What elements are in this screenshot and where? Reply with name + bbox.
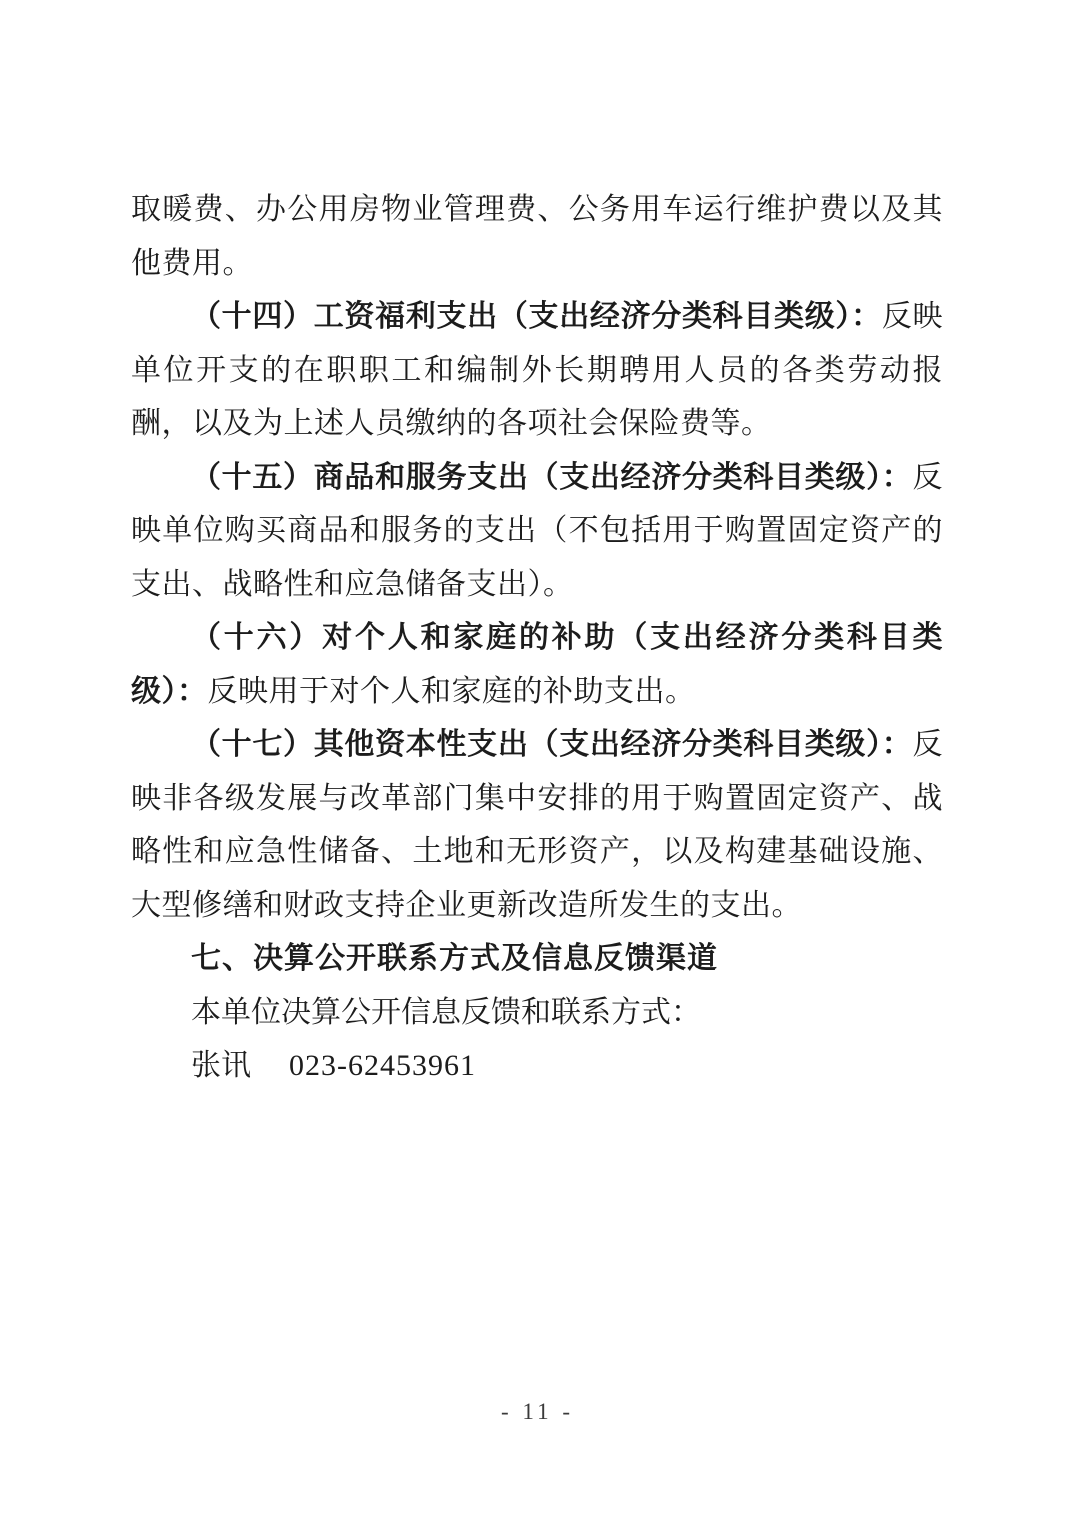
continuation-paragraph: 取暖费、办公用房物业管理费、公务用车运行维护费以及其他费用。	[131, 183, 943, 290]
paragraph-item-17: （十七）其他资本性支出（支出经济分类科目类级）：反映非各级发展与改革部门集中安排…	[131, 718, 943, 932]
paragraph-text: 反映用于对个人和家庭的补助支出。	[208, 675, 696, 708]
document-page: 取暖费、办公用房物业管理费、公务用车运行维护费以及其他费用。 （十四）工资福利支…	[0, 0, 1075, 1520]
document-body: 取暖费、办公用房物业管理费、公务用车运行维护费以及其他费用。 （十四）工资福利支…	[131, 183, 943, 1093]
paragraph-lead: （十四）工资福利支出（支出经济分类科目类级）：	[191, 300, 882, 333]
contact-intro: 本单位决算公开信息反馈和联系方式：	[131, 986, 943, 1040]
contact-phone: 023-62453961	[289, 1049, 476, 1082]
contact-name: 张讯	[191, 1049, 251, 1082]
paragraph-item-14: （十四）工资福利支出（支出经济分类科目类级）：反映单位开支的在职职工和编制外长期…	[131, 290, 943, 451]
paragraph-lead: （十七）其他资本性支出（支出经济分类科目类级）：	[191, 728, 913, 761]
page-number: - 11 -	[0, 1399, 1075, 1425]
paragraph-lead: （十五）商品和服务支出（支出经济分类科目类级）：	[191, 461, 913, 494]
paragraph-item-15: （十五）商品和服务支出（支出经济分类科目类级）：反映单位购买商品和服务的支出（不…	[131, 451, 943, 612]
paragraph-item-16: （十六）对个人和家庭的补助（支出经济分类科目类级）：反映用于对个人和家庭的补助支…	[131, 611, 943, 718]
contact-info-line: 张讯023-62453961	[131, 1039, 943, 1093]
section-heading: 七、决算公开联系方式及信息反馈渠道	[131, 932, 943, 986]
